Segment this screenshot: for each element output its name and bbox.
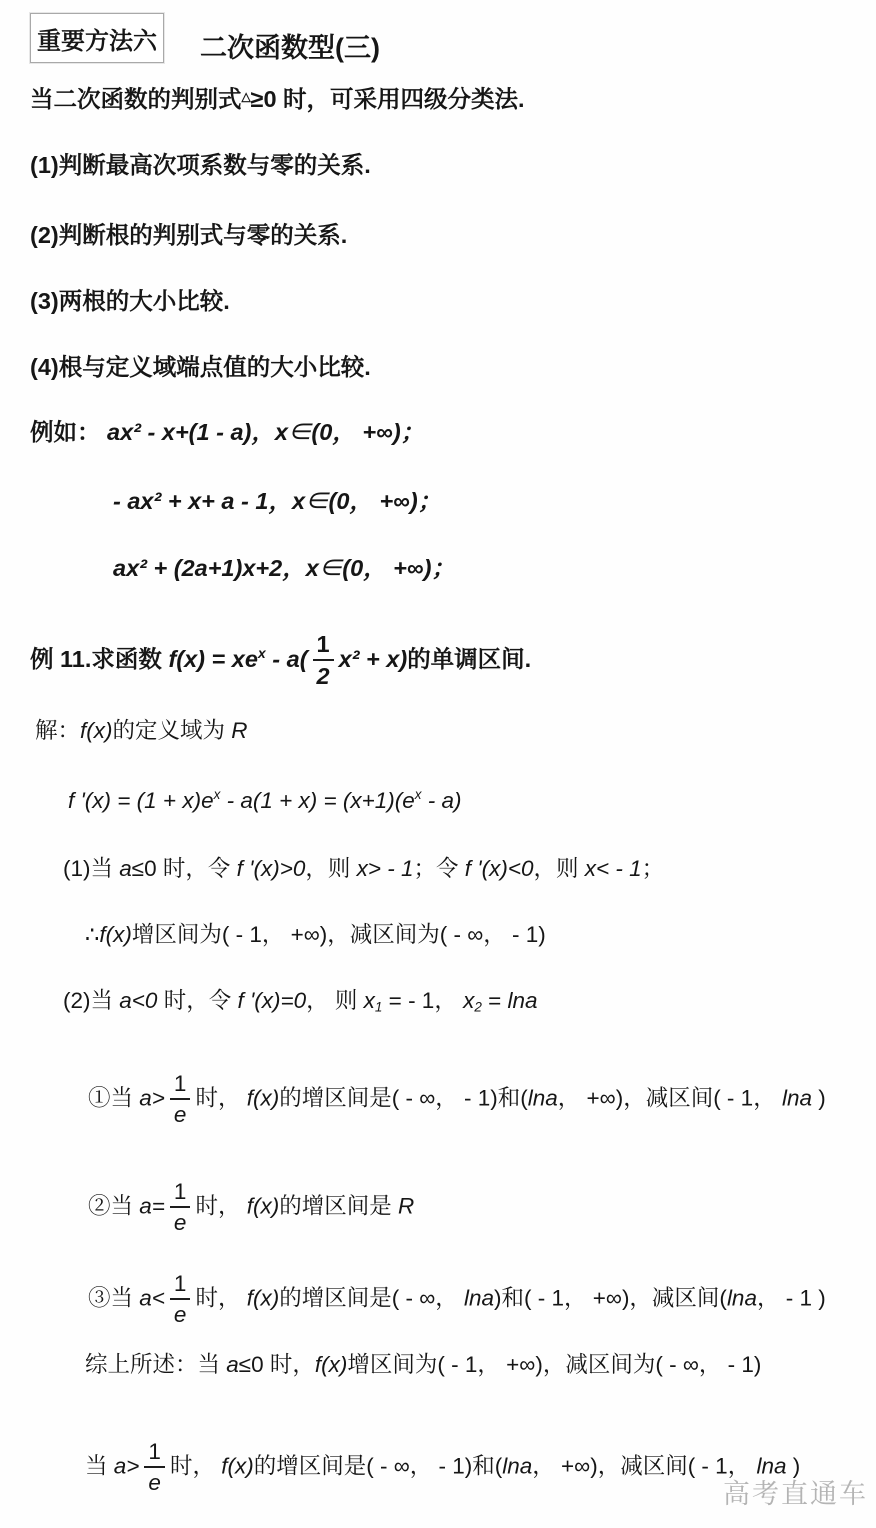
text-segment: ax² - x+(1 - a)，x∈(0， +∞)； <box>107 419 424 445</box>
text-line: 综上所述：当 a≤0 时，f(x)增区间为( - 1， +∞)，减区间为( - … <box>85 1350 761 1379</box>
text-segment: x> - 1 <box>357 856 414 881</box>
text-segment: 例如： <box>30 419 107 445</box>
text-segment: f(x) <box>315 1352 348 1377</box>
text-segment: 增区间为( - 1， +∞)，减区间为( - ∞， - 1) <box>347 1352 761 1377</box>
text-segment: = - 1， <box>382 988 463 1013</box>
text-segment: f(x) <box>247 1086 280 1111</box>
text-segment: R <box>398 1194 414 1219</box>
watermark: 高考直通车 <box>723 1472 868 1511</box>
text-segment: 解： <box>35 718 80 743</box>
text-segment: f '(x)=0 <box>237 988 306 1013</box>
text-segment: 当 <box>85 1454 114 1479</box>
text-segment: - a) <box>422 788 462 813</box>
text-segment: x² + x) <box>339 646 408 672</box>
text-segment: lna <box>502 1454 532 1479</box>
text-segment: 时， <box>170 1454 221 1479</box>
text-segment: ②当 <box>88 1194 139 1219</box>
text-line: ①当 a>1e时， f(x)的增区间是( - ∞， - 1)和(lna， +∞)… <box>88 1070 826 1129</box>
text-segment: (1)判断最高次项系数与零的关系. <box>30 152 371 178</box>
text-line: ∴f(x)增区间为( - 1， +∞)，减区间为( - ∞， - 1) <box>85 920 546 949</box>
text-segment: f '(x) = (1 + x)e <box>68 788 214 813</box>
text-segment: ，则 <box>305 856 356 881</box>
text-segment: lna <box>464 1286 494 1311</box>
text-line: 当 a>1e时， f(x)的增区间是( - ∞， - 1)和(lna， +∞)，… <box>85 1438 800 1497</box>
text-segment: ax² + (2a+1)x+2，x∈(0， +∞)； <box>113 555 455 581</box>
fraction: 12 <box>313 630 334 692</box>
text-segment: (3)两根的大小比较. <box>30 288 230 314</box>
text-segment: a> <box>139 1086 165 1111</box>
text-line: f '(x) = (1 + x)ex - a(1 + x) = (x+1)(ex… <box>68 786 462 815</box>
text-segment: x< - 1 <box>585 856 642 881</box>
text-segment: lna <box>727 1286 757 1311</box>
text-segment: 当二次函数的判别式 <box>30 86 242 112</box>
text-segment: ， +∞)，减区间( - 1， <box>558 1086 782 1111</box>
text-line: 例如： ax² - x+(1 - a)，x∈(0， +∞)； <box>30 417 424 448</box>
text-segment: ， - 1 ) <box>757 1286 826 1311</box>
text-segment: R <box>231 718 247 743</box>
text-segment: 时， <box>195 1194 246 1219</box>
text-segment: 的增区间是( - ∞， - 1)和( <box>254 1454 503 1479</box>
text-segment: ， 则 <box>306 988 364 1013</box>
text-segment: (2)判断根的判别式与零的关系. <box>30 222 347 248</box>
fraction: 1e <box>170 1178 191 1237</box>
text-segment: 的单调区间. <box>407 646 531 672</box>
text-segment: a<0 <box>119 988 157 1013</box>
text-segment: ≤0 时， <box>239 1352 315 1377</box>
method-badge: 重要方法六 <box>30 13 164 63</box>
text-segment: f(x) <box>80 718 113 743</box>
text-segment: 综上所述：当 <box>85 1352 226 1377</box>
text-segment: ，则 <box>533 856 584 881</box>
text-segment: = <box>482 988 508 1013</box>
text-segment: lna <box>528 1086 558 1111</box>
text-line: 例 11.求函数 f(x) = xex - a(12x² + x)的单调区间. <box>30 630 531 692</box>
text-line: 当二次函数的判别式△≥0 时，可采用四级分类法. <box>30 84 525 115</box>
text-segment: - a(1 + x) = (x+1)(e <box>220 788 414 813</box>
text-segment: 时，令 <box>157 988 237 1013</box>
document-page: 重要方法六 二次函数型(三) 当二次函数的判别式△≥0 时，可采用四级分类法.(… <box>0 0 876 1528</box>
text-segment: ①当 <box>88 1086 139 1111</box>
text-segment: f(x) <box>247 1194 280 1219</box>
text-segment: (4)根与定义域端点值的大小比较. <box>30 354 371 380</box>
text-segment: (2)当 <box>63 988 119 1013</box>
text-segment: 时， <box>195 1086 246 1111</box>
text-segment: 增区间为( - 1， +∞)，减区间为( - ∞， - 1) <box>132 922 546 947</box>
text-line: (2)当 a<0 时，令 f '(x)=0， 则 x1 = - 1， x2 = … <box>63 986 538 1016</box>
text-line: 解：f(x)的定义域为 R <box>35 716 248 745</box>
text-segment: 例 11.求函数 <box>30 646 168 672</box>
text-segment: 时， <box>195 1286 246 1311</box>
text-segment: f(x) = xe <box>168 646 257 672</box>
text-segment: x <box>463 988 474 1013</box>
text-segment: (1)当 <box>63 856 119 881</box>
text-segment: x <box>364 988 375 1013</box>
fraction: 1e <box>170 1270 191 1329</box>
text-line: (2)判断根的判别式与零的关系. <box>30 220 347 251</box>
text-segment: ≤0 时，令 <box>132 856 237 881</box>
text-segment: )和( - 1， +∞)，减区间( <box>494 1286 727 1311</box>
text-segment: - ax² + x+ a - 1，x∈(0， +∞)； <box>113 488 441 514</box>
text-segment: a< <box>139 1286 165 1311</box>
text-segment: f '(x)>0 <box>237 856 306 881</box>
text-segment: 2 <box>474 999 482 1014</box>
text-segment: a <box>119 856 132 881</box>
text-segment: f(x) <box>247 1286 280 1311</box>
text-segment: 的增区间是 <box>279 1194 398 1219</box>
text-segment: 的增区间是( - ∞， - 1)和( <box>279 1086 528 1111</box>
text-segment: f(x) <box>99 922 132 947</box>
text-line: ③当 a<1e时， f(x)的增区间是( - ∞， lna)和( - 1， +∞… <box>88 1270 826 1329</box>
text-segment: - a( <box>266 646 308 672</box>
text-segment: △ <box>242 91 251 104</box>
page-title: 二次函数型(三) <box>200 26 380 65</box>
text-segment: x <box>415 787 422 802</box>
text-segment: 的增区间是( - ∞， <box>279 1286 464 1311</box>
text-segment: ③当 <box>88 1286 139 1311</box>
text-line: - ax² + x+ a - 1，x∈(0， +∞)； <box>113 486 441 517</box>
fraction: 1e <box>144 1438 165 1497</box>
text-segment: x <box>258 645 266 661</box>
text-segment: a <box>226 1352 239 1377</box>
text-segment: lna <box>508 988 538 1013</box>
text-line: (4)根与定义域端点值的大小比较. <box>30 352 371 383</box>
text-segment: a> <box>114 1454 140 1479</box>
text-segment: ) <box>812 1086 826 1111</box>
text-segment: 的定义域为 <box>113 718 232 743</box>
text-segment: ；令 <box>414 856 465 881</box>
text-segment: ∴ <box>85 922 99 947</box>
text-line: ②当 a=1e时， f(x)的增区间是 R <box>88 1178 414 1237</box>
text-line: (1)当 a≤0 时，令 f '(x)>0，则 x> - 1；令 f '(x)<… <box>63 854 664 883</box>
fraction: 1e <box>170 1070 191 1129</box>
text-line: ax² + (2a+1)x+2，x∈(0， +∞)； <box>113 553 455 584</box>
text-segment: a= <box>139 1194 165 1219</box>
text-line: (1)判断最高次项系数与零的关系. <box>30 150 371 181</box>
text-segment: f '(x)<0 <box>465 856 534 881</box>
text-segment: f(x) <box>221 1454 254 1479</box>
text-segment: ≥0 时，可采用四级分类法. <box>251 86 525 112</box>
text-segment: ； <box>642 856 665 881</box>
text-line: (3)两根的大小比较. <box>30 286 230 317</box>
text-segment: lna <box>782 1086 812 1111</box>
